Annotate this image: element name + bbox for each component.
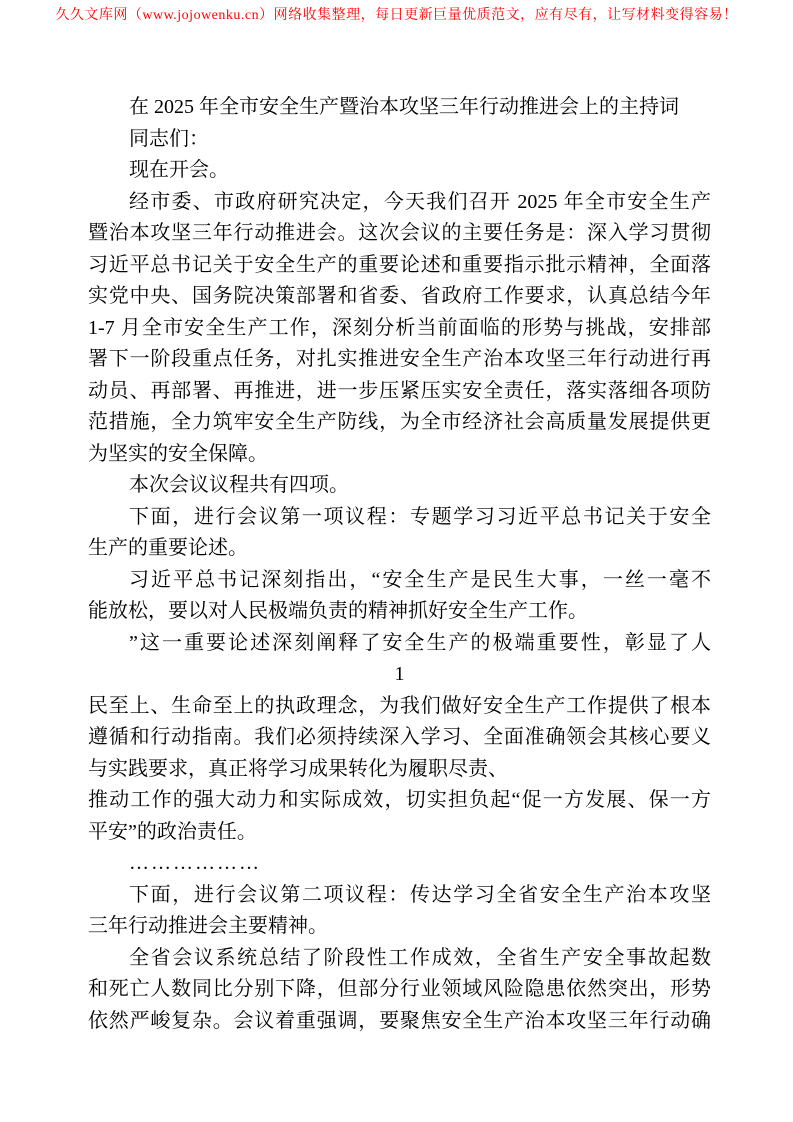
text-line: 下面，进行会议第一项议程：专题学习习近平总书记关于安全 — [88, 502, 711, 534]
text-line: 推动工作的强大动力和实际成效，切实担负起“促一方发展、保一方 — [88, 785, 711, 817]
text-line: 与实践要求，真正将学习成果转化为履职尽责、 — [88, 754, 711, 786]
text-line: 署下一阶段重点任务，对扎实推进安全生产治本攻坚三年行动进行再 — [88, 344, 711, 376]
text-line: 下面，进行会议第二项议程：传达学习全省安全生产治本攻坚 — [88, 880, 711, 912]
document-title: 在 2025 年全市安全生产暨治本攻坚三年行动推进会上的主持词 — [88, 92, 711, 124]
text-line: 范措施，全力筑牢安全生产防线，为全市经济社会高质量发展提供更 — [88, 407, 711, 439]
text-line: 习近平总书记深刻指出，“安全生产是民生大事，一丝一毫不 — [88, 565, 711, 597]
text-line: 现在开会。 — [88, 155, 711, 187]
text-line: 实党中央、国务院决策部署和省委、省政府工作要求，认真总结今年 — [88, 281, 711, 313]
text-line: 依然严峻复杂。会议着重强调，要聚焦安全生产治本攻坚三年行动确 — [88, 1006, 711, 1038]
text-line: 遵循和行动指南。我们必须持续深入学习、全面准确领会其核心要义 — [88, 722, 711, 754]
text-line: 平安”的政治责任。 — [88, 817, 711, 849]
text-line: 同志们： — [88, 124, 711, 156]
text-line: 动员、再部署、再推进，进一步压紧压实安全责任，落实落细各项防 — [88, 376, 711, 408]
site-watermark-header: 久久文库网（www.jojowenku.cn）网络收集整理，每日更新巨量优质范文… — [0, 6, 793, 26]
text-line: 1-7 月全市安全生产工作，深刻分析当前面临的形势与挑战，安排部 — [88, 313, 711, 345]
document-body: 在 2025 年全市安全生产暨治本攻坚三年行动推进会上的主持词 同志们： 现在开… — [88, 92, 711, 1037]
text-line: 和死亡人数同比分别下降，但部分行业领域风险隐患依然突出，形势 — [88, 974, 711, 1006]
text-line: 为坚实的安全保障。 — [88, 439, 711, 471]
page-number: 1 — [88, 659, 711, 691]
text-line: 民至上、生命至上的执政理念，为我们做好安全生产工作提供了根本 — [88, 691, 711, 723]
text-line: 习近平总书记关于安全生产的重要论述和重要指示批示精神，全面落 — [88, 250, 711, 282]
text-line: 经市委、市政府研究决定，今天我们召开 2025 年全市安全生产 — [88, 187, 711, 219]
text-line: 本次会议议程共有四项。 — [88, 470, 711, 502]
ellipsis-line: ……………… — [88, 848, 711, 880]
text-line: 三年行动推进会主要精神。 — [88, 911, 711, 943]
text-line: 全省会议系统总结了阶段性工作成效，全省生产安全事故起数 — [88, 943, 711, 975]
text-line: 暨治本攻坚三年行动推进会。这次会议的主要任务是：深入学习贯彻 — [88, 218, 711, 250]
text-line: 能放松，要以对人民极端负责的精神抓好安全生产工作。 — [88, 596, 711, 628]
text-line: ”这一重要论述深刻阐释了安全生产的极端重要性，彰显了人 — [88, 628, 711, 660]
document-page: 久久文库网（www.jojowenku.cn）网络收集整理，每日更新巨量优质范文… — [0, 0, 793, 1122]
text-line: 生产的重要论述。 — [88, 533, 711, 565]
